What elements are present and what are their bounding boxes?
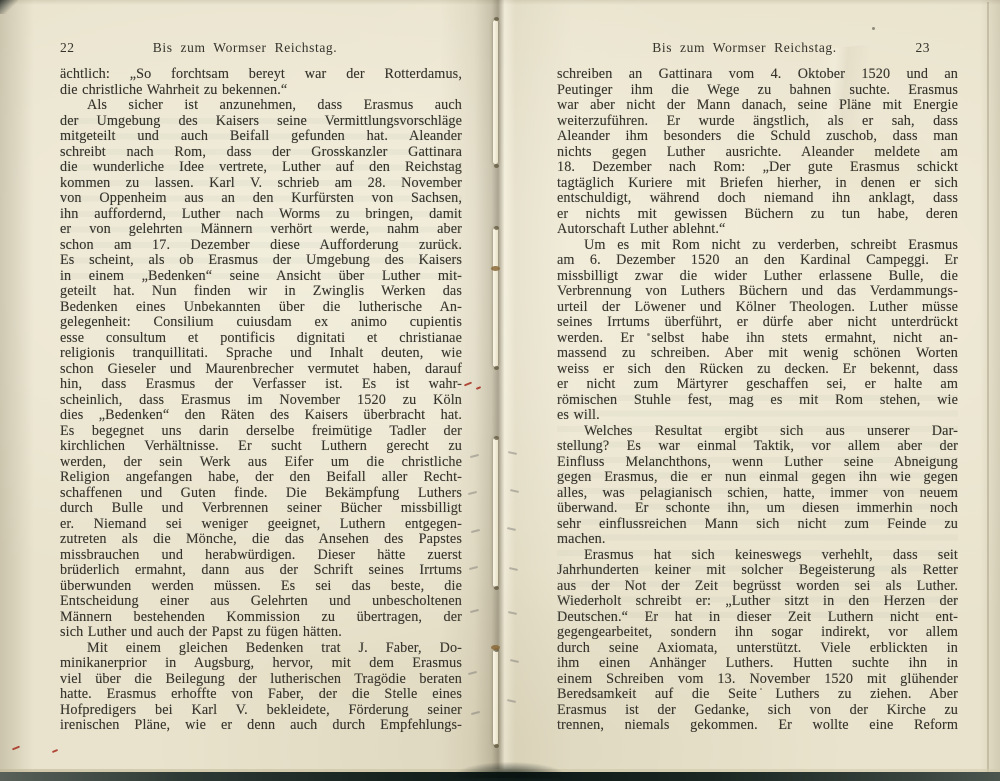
stitch-hole <box>494 744 499 748</box>
page-right-header: Bis zum Wormser Reichstag. 23 <box>557 40 958 57</box>
text-line: er. Niemand sei weniger geeignet, Luther… <box>60 517 462 533</box>
binding-thread <box>493 20 498 164</box>
text-line: missbrauchen und herabwürdigen. Dieser h… <box>60 548 462 564</box>
running-header-right: Bis zum Wormser Reichstag. <box>544 40 945 56</box>
text-line: ächtlich: „So forchtsam bereyt war der R… <box>60 67 462 83</box>
text-line: gegen Erasmus, die er nun einmal gegen i… <box>557 470 958 486</box>
binding-thread <box>493 438 498 587</box>
text-line: alles, was pelagianisch schien, hatte, i… <box>557 486 958 502</box>
text-line: es will. <box>557 408 958 424</box>
text-line: Als sicher ist anzunehmen, dass Erasmus … <box>60 98 462 114</box>
text-line: nichts gegen Luther ausrichte. Aleander … <box>557 145 958 161</box>
text-line: Verbrennung von Luthers Büchern und das … <box>557 284 958 300</box>
photo-corner-dark <box>0 0 18 14</box>
text-line: entschuldigt, während doch niemand ihn a… <box>557 191 958 207</box>
binding-thread <box>493 228 498 367</box>
text-line: Hofpredigers bei Karl V. bekleidete, För… <box>60 703 462 719</box>
text-line: machen. <box>557 532 958 548</box>
stitch-hole <box>494 164 499 168</box>
book-spread: 22 Bis zum Wormser Reichstag. ächtlich: … <box>0 0 1000 781</box>
text-line: Bedenken eines Unbekannten über die luth… <box>60 300 462 316</box>
stitch-hole <box>494 436 499 440</box>
text-line: in einem „Bedenken“ seine Ansicht über L… <box>60 269 462 285</box>
page-left-header: 22 Bis zum Wormser Reichstag. <box>60 40 462 57</box>
dust-speck <box>872 27 875 30</box>
text-line: schreibt nach Rom, dass der Grosskanzler… <box>60 145 462 161</box>
text-line: weiss er sich den Rücken zu decken. Er b… <box>557 362 958 378</box>
binding-thread <box>493 650 498 745</box>
text-line: Einfluss Melanchthons, wenn Luther seine… <box>557 455 958 471</box>
stitch-hole <box>494 226 499 230</box>
red-ink-mark <box>52 749 58 753</box>
text-line: missbilligt zwar die wider Luther erlass… <box>557 269 958 285</box>
text-line: Mit einem gleichen Bedenken trat J. Fabe… <box>60 641 462 657</box>
text-line: Religion angefangen habe, der den Beifal… <box>60 470 462 486</box>
text-line: esse consultum et pontificis dignitati e… <box>60 331 462 347</box>
stitch-hole <box>494 586 499 590</box>
text-line: viel über die Beilegung der lutherischen… <box>60 672 462 688</box>
text-line: religionis tranquillitati. Sprache und I… <box>60 346 462 362</box>
text-line: kommen zu lassen. Karl V. schrieb am 28.… <box>60 176 462 192</box>
text-line: überwand. Er schonte ihn, um diesen imme… <box>557 501 958 517</box>
text-line: die christliche Wahrheit zu bekennen.“ <box>60 83 462 99</box>
text-line: römischen Stuhle fest, mag es mit Rom st… <box>557 393 958 409</box>
text-line: er von gelehrten Männern verhört werde, … <box>60 222 462 238</box>
page-curl-shadow-left <box>0 0 34 781</box>
text-line: sehr einflussreichen Mann sich nicht zum… <box>557 517 958 533</box>
text-line: durch seine Axiomata, unterstützt. Viele… <box>557 641 958 657</box>
text-line: brüderlich ermahnt, dann aus der Schrift… <box>60 563 462 579</box>
text-line: ihm einen Anhänger Luthers. Hutten sucht… <box>557 656 958 672</box>
text-line: sich Luther und auch der Papst zu fügen … <box>60 625 462 641</box>
text-line: urteil der Löwener und Kölner Theologen.… <box>557 300 958 316</box>
text-line: schreiben an Gattinara vom 4. Oktober 15… <box>557 67 958 83</box>
page-right-body: schreiben an Gattinara vom 4. Oktober 15… <box>557 67 958 734</box>
text-line: Es scheint, als ob Erasmus der Umgebung … <box>60 253 462 269</box>
text-line: irenischen Pläne, wie er denn auch durch… <box>60 718 462 734</box>
stitch-hole <box>494 366 499 370</box>
text-line: geteilt hat. Nun finden wir in Zwinglis … <box>60 284 462 300</box>
text-line: dies „Bedenken“ den Räten des Kaisers üb… <box>60 408 462 424</box>
gutter-bottom-shadow <box>452 762 568 778</box>
text-line: einem Schreiben vom 13. November 1520 mi… <box>557 672 958 688</box>
running-header-left: Bis zum Wormser Reichstag. <box>44 40 446 56</box>
text-line: Jahrhunderten keiner mit solcher Begeist… <box>557 563 958 579</box>
text-line: Um es mit Rom nicht zu verderben, schrei… <box>557 238 958 254</box>
dust-speck <box>760 688 762 690</box>
text-line: schon am 17. Dezember diese Aufforderung… <box>60 238 462 254</box>
page-number-right: 23 <box>916 40 931 56</box>
text-line: minikanerprior in Augsburg, hervor, mit … <box>60 656 462 672</box>
text-line: Erasmus ist der Gedanke, sich von der Ki… <box>557 703 958 719</box>
page-left-body: ächtlich: „So forchtsam bereyt war der R… <box>60 67 462 734</box>
text-line: zutreten als die Mönche, die das Ansehen… <box>60 532 462 548</box>
text-line: schaffenen und Guten finde. Die Bekämpfu… <box>60 486 462 502</box>
text-line: Peutinger ihm die Wege zu bahnen suchte.… <box>557 83 958 99</box>
text-line: Männern bestehenden Kommission zu übertr… <box>60 610 462 626</box>
text-line: tagtäglich Kuriere mit Briefen hierher, … <box>557 176 958 192</box>
text-line: werden, der sein Werk aus Eifer um die c… <box>60 455 462 471</box>
text-line: scheinlich, dass Erasmus im November 152… <box>60 393 462 409</box>
text-line: kirchlichen Verhältnisse. Er sucht Luthe… <box>60 439 462 455</box>
text-line: weiterzuführen. Er wurde ängstlich, als … <box>557 114 958 130</box>
text-line: Welches Resultat ergibt sich aus unserer… <box>557 424 958 440</box>
text-line: Autorschaft Luther ablehnt.“ <box>557 222 958 238</box>
text-line: Entscheidung einer aus Gelehrten und unb… <box>60 594 462 610</box>
text-line: hatte. Erasmus erhoffte von Faber, der d… <box>60 687 462 703</box>
text-line: seines Irrtums überführt, er dürfe aber … <box>557 315 958 331</box>
text-line: 18. Dezember nach Rom: „Der gute Erasmus… <box>557 160 958 176</box>
text-line: Es begegnet uns darin derselbe freimütig… <box>60 424 462 440</box>
text-line: stellung? Es war einmal Taktik, vor alle… <box>557 439 958 455</box>
text-line: mitgeteilt und auch Beifall gefunden hat… <box>60 129 462 145</box>
text-line: werden. Er selbst habe ihn stets ermahnt… <box>557 331 958 347</box>
text-line: Beredsamkeit auf die Seite Luthers zu zi… <box>557 687 958 703</box>
thread-knot <box>491 645 500 650</box>
text-line: die wunderliche Idee vertrete, Luther au… <box>60 160 462 176</box>
text-line: durch Bulle und Verbrennen seiner Bücher… <box>60 501 462 517</box>
thread-knot <box>491 266 500 271</box>
text-line: gegengearbeitet, sondern ihn sogar indir… <box>557 625 958 641</box>
text-line: war aber nicht der Mann danach, seine Pl… <box>557 98 958 114</box>
text-line: am 6. Dezember 1520 an den Kardinal Camp… <box>557 253 958 269</box>
text-line: Erasmus hat sich keineswegs verhehlt, da… <box>557 548 958 564</box>
text-line: massend zu schreiben. Aber mit wenig sch… <box>557 346 958 362</box>
text-line: Aleander ihm besonders die Schuld zuscho… <box>557 129 958 145</box>
text-line: Deutschen.“ Er hat in dieser Zeit Luther… <box>557 610 958 626</box>
text-line: der Umgebung des Kaisers seine Vermittlu… <box>60 114 462 130</box>
text-line: hin, dass Erasmus der Verfasser ist. Es … <box>60 377 462 393</box>
text-line: aus der Not der Zeit begrüsst worden sei… <box>557 579 958 595</box>
text-line: gelegenheit: Consilium cuiusdam ex animo… <box>60 315 462 331</box>
stitch-hole <box>494 17 499 21</box>
dust-speck <box>647 333 650 336</box>
book-gutter-shadow <box>440 0 572 781</box>
text-line: ihn auffordernd, Luther nach Worms zu br… <box>60 207 462 223</box>
text-line: schon Gieseler und Maurenbrecher vermute… <box>60 362 462 378</box>
text-line: überwunden werden müssen. Es sei das bes… <box>60 579 462 595</box>
text-line: er nicht zum Märtyrer geschaffen sei, er… <box>557 377 958 393</box>
text-line: von Oppenheim aus an den Kurfürsten von … <box>60 191 462 207</box>
text-line: trennen, niemals gekommen. Er wollte ein… <box>557 718 958 734</box>
text-line: Wiederholt schreibt er: „Luther sitzt in… <box>557 594 958 610</box>
text-line: er nichts mit gewissen Büchern zu tun ha… <box>557 207 958 223</box>
